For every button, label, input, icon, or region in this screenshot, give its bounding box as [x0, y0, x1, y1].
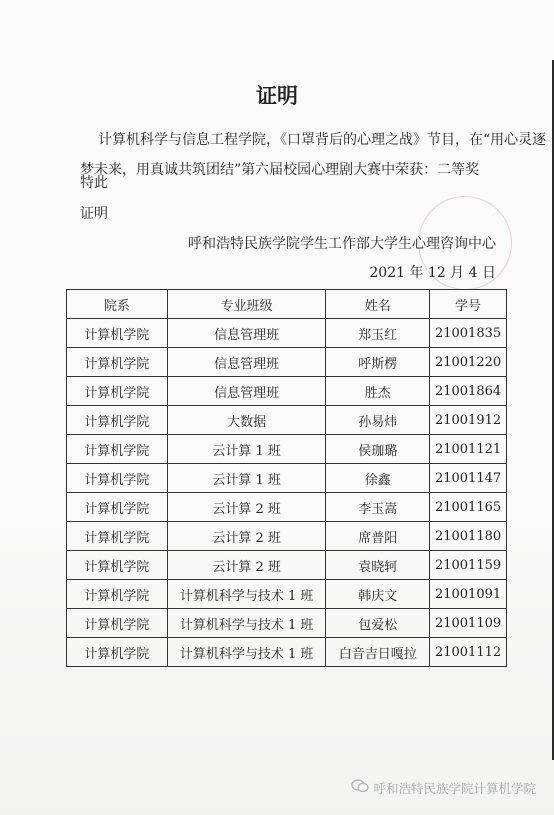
- body-line-2: 梦未来，用真诚共筑团结”第六届校园心理剧大赛中荣获：二等奖: [80, 155, 520, 185]
- table-row: 计算机学院信息管理班郑玉红21001835: [67, 319, 507, 348]
- wechat-watermark: 呼和浩特民族学院计算机学院: [351, 779, 536, 797]
- closing-tezhi: 特此: [80, 172, 108, 192]
- cell-student-id: 21001180: [430, 522, 507, 551]
- cell-student-id: 21001912: [430, 406, 507, 435]
- table-row: 计算机学院计算机科学与技术 1 班白音吉日嘎拉21001112: [67, 638, 507, 667]
- cell-student-id: 21001220: [430, 348, 507, 377]
- table-header-row: 院系 专业班级 姓名 学号: [67, 290, 507, 319]
- cell-student-id: 21001165: [430, 493, 507, 522]
- header-name: 姓名: [326, 290, 430, 319]
- cell-name: 李玉嵩: [326, 493, 430, 522]
- cell-class: 信息管理班: [167, 348, 326, 377]
- cell-class: 计算机科学与技术 1 班: [167, 609, 326, 638]
- cell-student-id: 21001109: [430, 609, 507, 638]
- table-row: 计算机学院信息管理班胜杰21001864: [67, 377, 507, 406]
- cell-name: 包爱松: [326, 609, 430, 638]
- cell-class: 云计算 2 班: [167, 493, 326, 522]
- cell-class: 信息管理班: [167, 319, 326, 348]
- cell-department: 计算机学院: [67, 319, 168, 348]
- header-class: 专业班级: [167, 290, 326, 319]
- cell-student-id: 21001112: [430, 638, 507, 667]
- wechat-icon: [351, 779, 369, 797]
- cell-name: 韩庆文: [326, 580, 430, 609]
- cell-name: 郑玉红: [326, 319, 430, 348]
- cell-department: 计算机学院: [67, 522, 168, 551]
- table-row: 计算机学院云计算 1 班徐鑫21001147: [67, 464, 507, 493]
- table-row: 计算机学院大数据孙易炜21001912: [67, 406, 507, 435]
- cell-student-id: 21001147: [430, 464, 507, 493]
- header-student-id: 学号: [430, 290, 507, 319]
- cell-department: 计算机学院: [67, 377, 168, 406]
- cell-class: 大数据: [167, 406, 326, 435]
- cell-student-id: 21001121: [430, 435, 507, 464]
- cell-name: 孙易炜: [326, 406, 430, 435]
- award-members-table: 院系 专业班级 姓名 学号 计算机学院信息管理班郑玉红21001835计算机学院…: [66, 289, 507, 667]
- issuer-name: 呼和浩特民族学院学生工作部大学生心理咨询中心: [188, 233, 496, 253]
- cell-department: 计算机学院: [67, 609, 168, 638]
- cell-name: 白音吉日嘎拉: [326, 638, 430, 667]
- cell-class: 计算机科学与技术 1 班: [167, 638, 326, 667]
- cell-name: 袁晓轲: [326, 551, 430, 580]
- cell-class: 云计算 1 班: [167, 464, 326, 493]
- cell-student-id: 21001835: [430, 319, 507, 348]
- cell-class: 信息管理班: [167, 377, 326, 406]
- watermark-text: 呼和浩特民族学院计算机学院: [373, 779, 536, 797]
- cell-name: 胜杰: [326, 377, 430, 406]
- document-title: 证明: [0, 80, 554, 110]
- cell-class: 云计算 1 班: [167, 435, 326, 464]
- cell-department: 计算机学院: [67, 435, 168, 464]
- table-row: 计算机学院计算机科学与技术 1 班韩庆文21001091: [67, 580, 507, 609]
- table-row: 计算机学院云计算 2 班李玉嵩21001165: [67, 493, 507, 522]
- table-row: 计算机学院云计算 2 班席普阳21001180: [67, 522, 507, 551]
- table-row: 计算机学院云计算 1 班侯珈璐21001121: [67, 435, 507, 464]
- cell-name: 席普阳: [326, 522, 430, 551]
- body-line-1: 计算机科学与信息工程学院，《口罩背后的心理之战》节目，在“用心灵逐: [80, 125, 520, 155]
- table-row: 计算机学院云计算 2 班袁晓轲21001159: [67, 551, 507, 580]
- issue-date: 2021 年 12 月 4 日: [369, 262, 496, 282]
- cell-student-id: 21001091: [430, 580, 507, 609]
- cell-department: 计算机学院: [67, 464, 168, 493]
- cell-name: 侯珈璐: [326, 435, 430, 464]
- cell-department: 计算机学院: [67, 638, 168, 667]
- cell-department: 计算机学院: [67, 580, 168, 609]
- cell-department: 计算机学院: [67, 406, 168, 435]
- table-row: 计算机学院信息管理班呼斯楞21001220: [67, 348, 507, 377]
- header-department: 院系: [67, 290, 168, 319]
- cell-department: 计算机学院: [67, 551, 168, 580]
- cell-class: 云计算 2 班: [167, 522, 326, 551]
- certificate-body: 计算机科学与信息工程学院，《口罩背后的心理之战》节目，在“用心灵逐 梦未来，用真…: [80, 125, 520, 185]
- cell-class: 计算机科学与技术 1 班: [167, 580, 326, 609]
- cell-department: 计算机学院: [67, 493, 168, 522]
- cell-name: 呼斯楞: [326, 348, 430, 377]
- cell-class: 云计算 2 班: [167, 551, 326, 580]
- cell-name: 徐鑫: [326, 464, 430, 493]
- closing-zhengming: 证明: [80, 203, 108, 223]
- table-row: 计算机学院计算机科学与技术 1 班包爱松21001109: [67, 609, 507, 638]
- cell-student-id: 21001864: [430, 377, 507, 406]
- cell-department: 计算机学院: [67, 348, 168, 377]
- cell-student-id: 21001159: [430, 551, 507, 580]
